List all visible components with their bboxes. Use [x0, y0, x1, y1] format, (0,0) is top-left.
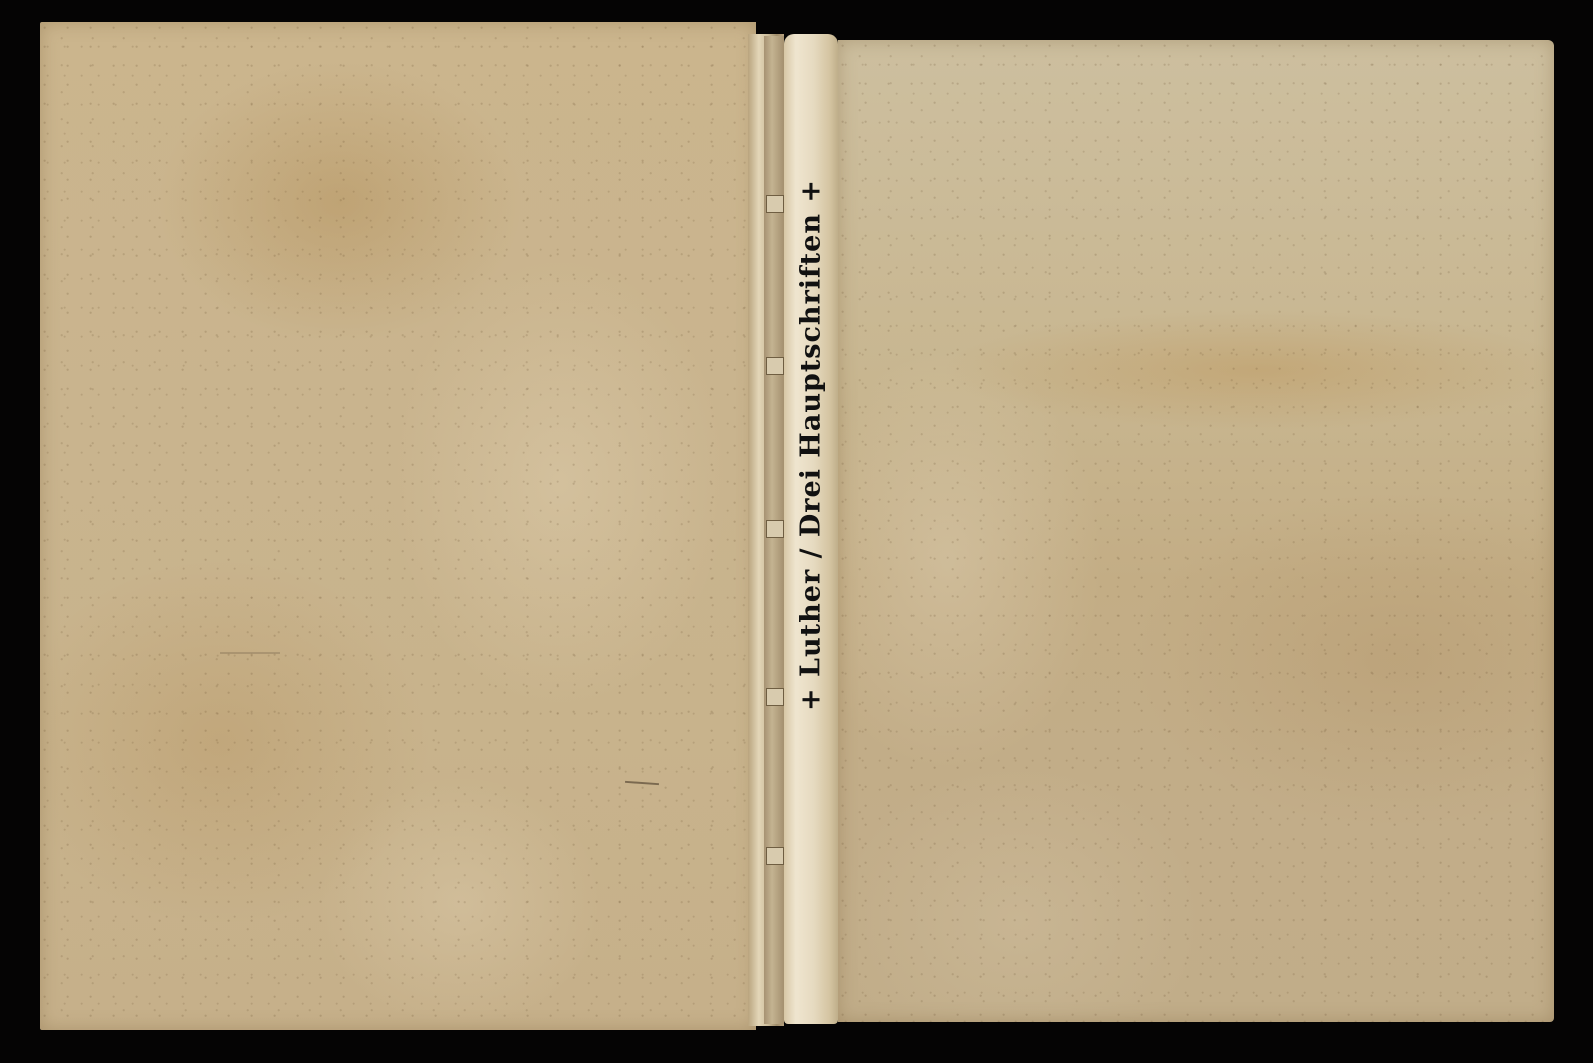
- binding-tab: [766, 847, 784, 865]
- binding-tab: [766, 688, 784, 706]
- front-cover: [838, 40, 1554, 1022]
- spine-title: + Luther / Drei Hauptschriften +: [796, 179, 827, 711]
- back-cover: [40, 22, 756, 1030]
- binding-tab: [766, 195, 784, 213]
- ink-mark: [220, 652, 280, 654]
- binding-tab: [766, 357, 784, 375]
- vellum-texture: [838, 40, 1554, 1022]
- vellum-texture: [40, 22, 756, 1030]
- binding-tab: [766, 520, 784, 538]
